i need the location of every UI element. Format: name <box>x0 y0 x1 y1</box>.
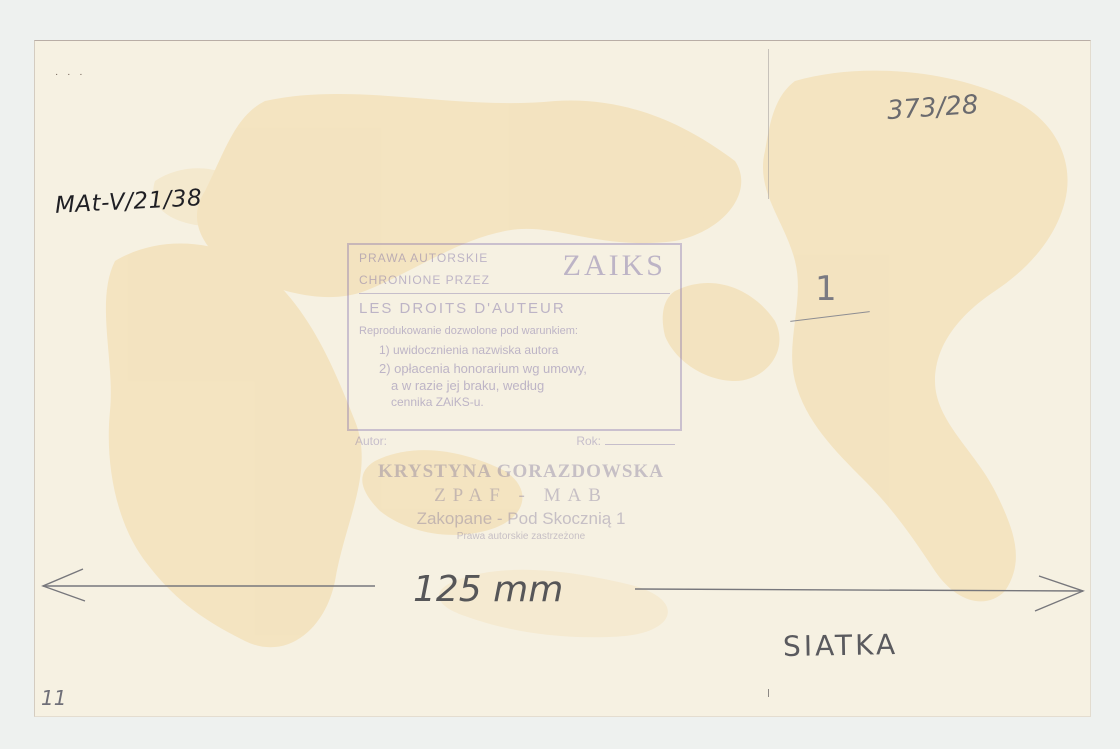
measurement-label: 125 mm <box>413 569 563 610</box>
pencil-guide-line <box>768 49 769 199</box>
photo-back: · · · MAt-V/21/38 373/28 1 PRAWA AUTORSK… <box>34 40 1091 717</box>
reference-number: 373/28 <box>886 90 979 126</box>
zaiks-copyright-stamp: PRAWA AUTORSKIE ZAIKS CHRONIONE PRZEZ LE… <box>347 243 682 431</box>
stamp-item-2: 2) opłacenia honorarium wg umowy, <box>379 361 670 376</box>
mark-one: 1 <box>815 269 837 309</box>
stamp-line-3: LES DROITS D'AUTEUR <box>359 300 670 317</box>
author-line: Autor: Rok: <box>355 434 675 448</box>
corner-number: 11 <box>41 686 66 710</box>
year-label: Rok: <box>576 434 601 448</box>
stamp-item-3: a w razie jej braku, według <box>391 378 670 393</box>
stamp-item-4: cennika ZAiKS-u. <box>391 395 670 409</box>
author-stamp: KRYSTYNA GORAZDOWSKA ZPAF - MAB Zakopane… <box>361 461 681 542</box>
stamp-divider <box>359 293 670 294</box>
author-org: ZPAF - MAB <box>361 485 681 507</box>
stamp-item-1: 1) uwidocznienia nazwiska autora <box>379 343 670 357</box>
ink-specks: · · · <box>55 69 86 80</box>
rights-notice: Prawa autorskie zastrzeżone <box>361 531 681 542</box>
year-blank <box>605 444 675 445</box>
siatka-note: SIATKA <box>783 628 899 663</box>
author-name: KRYSTYNA GORAZDOWSKA <box>361 461 681 483</box>
author-address: Zakopane - Pod Skocznią 1 <box>361 509 681 529</box>
stamp-line-4: Reprodukowanie dozwolone pod warunkiem: <box>359 325 670 337</box>
pencil-tick-mark <box>768 689 769 697</box>
author-label: Autor: <box>355 434 387 448</box>
stamp-brand: ZAIKS <box>563 249 666 283</box>
stamp-line-1: PRAWA AUTORSKIE <box>359 251 488 265</box>
